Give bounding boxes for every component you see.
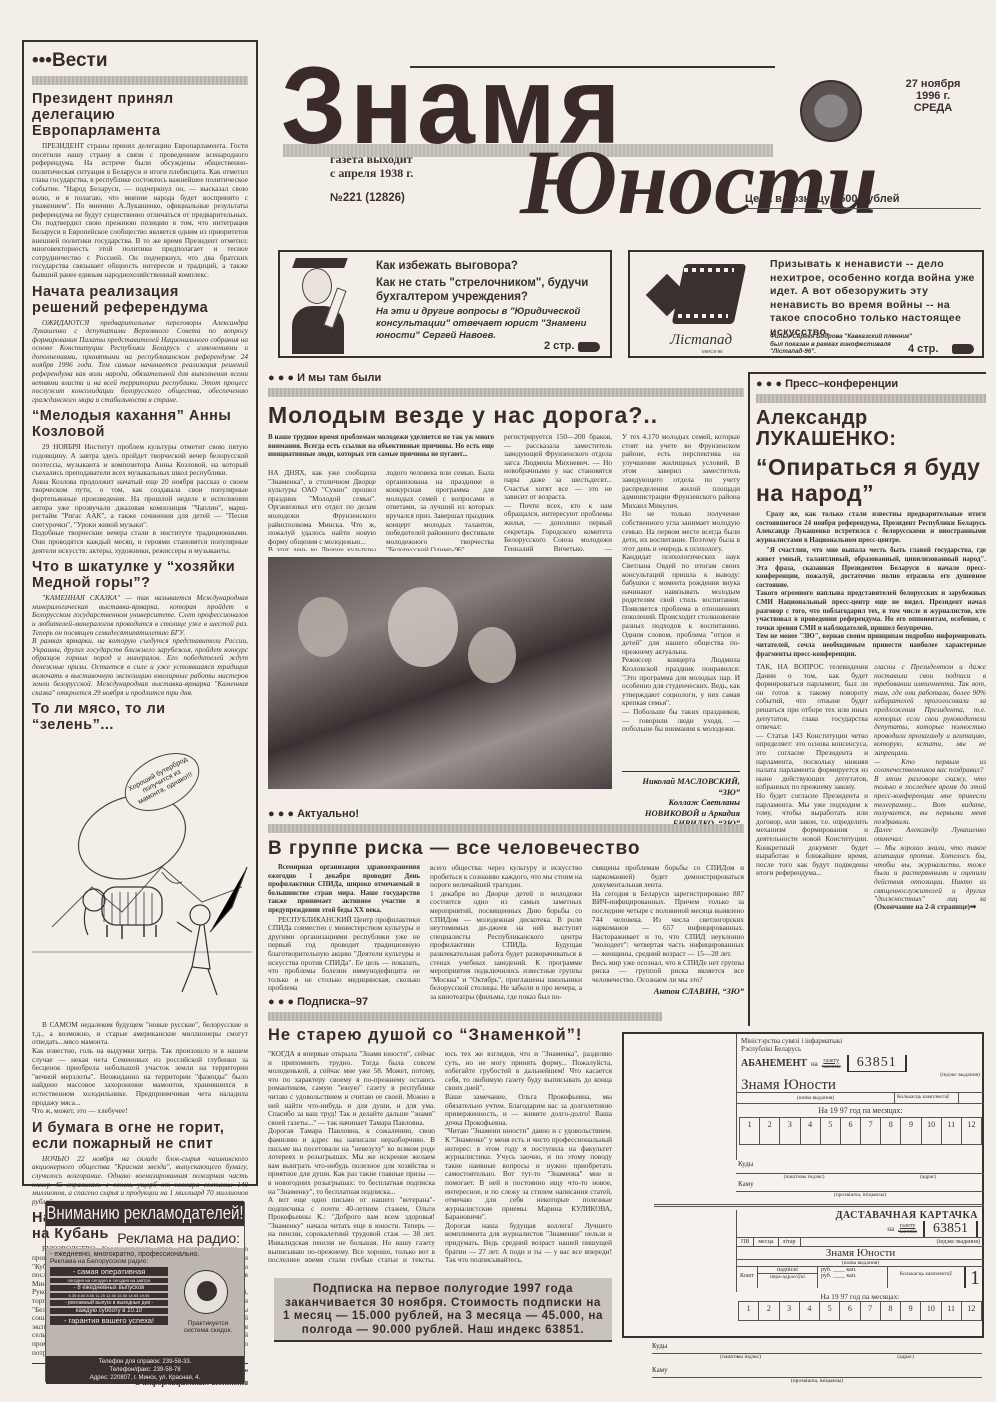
section-label-press: ● ● ● Пресс–конференции [756,378,986,390]
article-title: И бумага в огне не горит, если пожарный … [32,1120,248,1152]
index-caption: (індэкс выдання) [933,1238,984,1246]
article-title: То ли мясо, то ли “зелень”... [32,701,248,733]
abonement-address: Куды (паштовы індэкс)(адрас) Каму (прозв… [736,1160,984,1198]
section-divider [756,394,986,403]
issue-date: 27 ноября 1996 г. СРЕДА [893,78,973,114]
delivery-card-title: ДАСТАВАЧНАЯ КАРТАЧКА [737,1210,984,1221]
issue-number: №221 (12826) [330,192,405,204]
month-cell[interactable]: 11 [942,1302,962,1320]
article-body: В САМОМ недалеком будущем "новые русские… [32,1021,248,1116]
kicker-text: Актуально! [297,808,359,820]
month-cell[interactable]: 10 [921,1302,941,1320]
section-label-subscription: ● ● ● Подписка–97 [268,996,984,1008]
form-na: на [887,1225,894,1233]
month-cell[interactable]: 9 [901,1118,921,1144]
page-ref-2[interactable]: 2 стр. [544,340,574,352]
subscription-col-1: "КОГДА я впервые открыла "Знамя юности",… [268,1050,435,1262]
aids-col-2: всего общества: через культуру и искусст… [430,864,582,1002]
aids-col-1: РЕСПУБЛИКАНСКИЙ Центр профилактики СПИДа… [268,916,420,994]
radio-ad-bar: каждую субботу в 10.10 [50,1308,168,1314]
promo-legal-consult[interactable]: Как избежать выговора? Как не стать "стр… [278,250,612,358]
month-cell[interactable]: 1 [739,1302,759,1320]
promo-question-2: Как не стать "стрелочником", будучи бухг… [376,276,606,304]
date-day-month: 27 ноября [893,78,973,90]
feature-lead: В наше трудное время проблемам молодежи … [268,433,494,459]
month-cell[interactable]: 2 [759,1302,779,1320]
feature-col-1: НА ДНЯХ, как уже сообщила "Знаменка", в … [268,469,376,551]
page-ref-4[interactable]: 4 стр. [908,343,938,355]
litar-cell[interactable]: літар [779,1238,801,1246]
month-cell[interactable]: 5 [821,1118,841,1144]
listapad-logo-sub: МІНСК-96 [702,349,723,354]
paper-name-field[interactable]: Знамя Юности [737,1078,984,1093]
month-cell[interactable]: 12 [962,1302,981,1320]
quantity-value[interactable]: 1 [964,1267,984,1288]
radio-ad-contacts: Телефон для справок: 239-58-33. Телефон/… [46,1356,244,1384]
press-col-1: ТАК, НА ВОПРОС телевидения Дании о том, … [756,663,868,917]
surname-caption: (прозвішча, ініцыялы) [736,1192,984,1198]
pointing-hand-icon [578,342,600,352]
press-conference-article: ● ● ● Пресс–конференции Александр ЛУКАШЕ… [748,372,986,1026]
feature-title: Молодым везде у нас дорога?.. [268,402,744,429]
listapad-logo-icon [648,260,748,330]
kamu-label: Каму [652,1366,668,1374]
form-chasopis: часопіс [898,1229,917,1235]
radio-ad-bar: - самая оперативная [50,1267,168,1276]
radio-ad: Вниманию рекламодателей! Реклама на ради… [45,1202,245,1382]
readdress-rub-kap[interactable]: руб. ____ кап. [821,1273,887,1279]
press-body: "Я счастлив, что мне выпала честь быть г… [756,547,986,659]
section-divider [268,1012,662,1021]
quantity-label: Колькасць камплектаў [888,1267,964,1288]
contact-line: Телефон для справок: 239-58-33. [46,1358,244,1366]
radio-ad-bar: - рекламный выпуск в выходные дни - [50,1300,168,1306]
month-cell[interactable]: 11 [942,1118,962,1144]
article-kozlova: “Мелодыя кахання” Анны Козловой 29 НОЯБР… [32,408,248,555]
promo-question-1: Как избежать выговора? [376,260,518,272]
news-briefs-box: •••Вести Президент принял делегацию Евро… [22,40,258,1186]
month-cell[interactable]: 12 [962,1118,981,1144]
quantity-label: Колькасць камплектаў [894,1093,958,1103]
article-president-delegation: Президент принял делегацию Европарламент… [32,91,248,280]
masthead-subtitle: Юности [520,136,878,228]
press-title-quote: “Опираться я буду на народ” [756,454,986,506]
article-title: Президент принял делегацию Европарламент… [32,91,248,139]
month-cell[interactable]: 5 [820,1302,840,1320]
article-body: "КАМЕННАЯ СКАЗКА" — так называется Между… [32,594,248,697]
rub-label: руб. [821,1273,831,1279]
month-cell[interactable]: 8 [881,1118,901,1144]
contact-line: Адрес: 220807, г. Минск, ул. Красная, 4. [46,1374,244,1382]
contact-line: Телефон/факс: 239-58-78 [46,1366,244,1374]
kamu-label: Каму [738,1180,754,1188]
delivery-months-grid[interactable]: 1 2 3 4 5 6 7 8 9 10 11 12 [738,1301,982,1321]
aids-lead: Всемирная организация здравоохранения еж… [268,864,420,916]
kicker-text: Подписка–97 [297,996,368,1008]
radio-ad-bar: сегодня на сегодня и сегодня на завтра [50,1278,168,1283]
graduate-illustration-icon [286,258,350,354]
mammoth-cartoon: Хороший бутерброд получится из мамонта, … [32,737,248,1017]
feature-col-3: регистрируется 150—200 браков, — рассказ… [504,433,612,551]
delivery-months: На 19 97 год па месяцах: 1 2 3 4 5 6 7 8… [736,1292,984,1321]
abonement-section: Міністэрства сувязі і інфарматыкі Рэспуб… [736,1034,984,1160]
month-cell[interactable]: 8 [881,1302,901,1320]
form-na: на [811,1060,818,1068]
article-body: ПРЕЗИДЕНТ страны принял делегацию Европа… [32,142,248,280]
section-label-vesti: •••Вести [32,50,248,72]
kudy-label: Куды [652,1342,667,1350]
article-body: 29 НОЯБРЯ Институт проблем культуры отме… [32,443,248,555]
readdress-label: пера-адрасоўкі [758,1274,817,1280]
cut-line [654,1204,984,1207]
delivery-index-field[interactable]: 63851 [923,1221,978,1237]
kudy-label: Куды [738,1160,753,1168]
form-gazetu: газету [822,1058,841,1064]
quantity-field[interactable] [958,1093,984,1103]
radio-ad-bar: - гарантия вашего успеха! [50,1316,168,1325]
index-field[interactable]: 63851 [847,1055,907,1072]
promo-film-text: Призывать к ненависти -- дело нехитрое, … [770,258,976,339]
radio-ad-discount: Практикуется система скидок. [178,1320,238,1334]
month-cell[interactable]: 4 [801,1118,821,1144]
section-label-actual: ● ● ● Актуально! [268,808,744,820]
month-cell[interactable]: 2 [760,1118,780,1144]
month-cell[interactable]: 7 [861,1302,881,1320]
ministry-header: Міністэрства сувязі і інфарматыкі Рэспуб… [737,1034,984,1053]
article-title: Начата реализация решений референдума [32,284,248,316]
masthead-bottom-rule [745,208,981,209]
radio-ad-subhead: Реклама на радио: [46,1224,244,1248]
year-line: На 19 97 год па месяцах: [737,1104,984,1117]
name-caption: (назва выдання) [737,1093,894,1103]
subscription-form[interactable]: Міністэрства сувязі і інфарматыкі Рэспуб… [622,1032,984,1338]
article-title: Что в шкатулке у “хозяйки Медной горы”? [32,559,248,591]
months-grid[interactable]: 1 2 3 4 5 6 7 8 9 10 11 12 [739,1117,982,1145]
listapad-logo-text: Лістапад [670,332,732,349]
delivery-address: Куды (паштовы індэкс)(адрас) Каму (прозв… [652,1342,982,1384]
aids-col-3: священы проблемам борьбы со СПИДом и нар… [592,864,744,982]
aids-article: ● ● ● Актуально! В группе риска — все че… [268,808,744,992]
aids-byline: Антон СЛАВИН, “ЗЮ” [592,986,744,996]
cost-label: Кошт [737,1267,758,1288]
continued-link[interactable]: (Окончание на 2-й странице)➡ [874,903,986,912]
address-caption: (адрас) [897,1354,914,1360]
subscription-col-2: юсь тех же взглядов, что и "Знаменка", р… [445,1050,612,1262]
postal-caption: (паштовы індэкс) [720,1354,761,1360]
section-label-we-were-there: ● ● ● И мы там были [268,372,744,384]
press-col-2: гласны с Президентом и даже поставили св… [874,663,986,903]
article-mineral-fair: Что в шкатулке у “хозяйки Медной горы”? … [32,559,248,697]
promo-film-note: Фильм Сергея Бодрова "Кавказский пленник… [770,333,920,356]
section-divider [32,76,248,85]
section-divider [268,388,744,397]
kicker-text: Пресс–конференции [785,378,898,390]
surname-caption: (прозвішча, ініцыялы) [652,1378,982,1384]
date-weekday: СРЕДА [893,102,973,114]
mesca-cell[interactable]: месца [754,1238,778,1246]
press-title-name: Александр ЛУКАШЕНКО: [756,408,986,450]
section-divider [268,824,744,833]
year-line: На 19 97 год па месяцах: [736,1292,984,1301]
feature-col-2: лодого человека или семью. Была организо… [386,469,494,551]
article-paper-fire: И бумага в огне не горит, если пожарный … [32,1120,248,1207]
month-cell[interactable]: 6 [840,1302,860,1320]
promo-film-festival[interactable]: Лістапад МІНСК-96 Призывать к ненависти … [628,250,984,358]
delivery-card-section: ДАСТАВАЧНАЯ КАРТАЧКА на газету часопіс 6… [736,1210,984,1292]
radio-ad-bar: - 8 ежедневных выпусков [50,1285,168,1291]
postal-caption: (паштовы індэкс) [784,1174,825,1180]
month-cell[interactable]: 3 [780,1118,800,1144]
radio-ad-bar: 6.35 8.00 8.55 11.25 12.55 15.50 18.55 1… [50,1293,168,1298]
month-cell[interactable]: 10 [922,1118,942,1144]
subscription-callout: Подписка на первое полугодие 1997 года з… [274,1278,612,1342]
month-cell[interactable]: 7 [861,1118,881,1144]
delivery-paper-name[interactable]: Знамя Юности [737,1247,984,1260]
month-cell[interactable]: 9 [901,1302,921,1320]
kap-label: кап. [846,1273,856,1279]
article-body: ОЖИДАЮТСЯ предварительные переговоры Але… [32,319,248,405]
month-cell[interactable]: 1 [740,1118,760,1144]
form-chasopis: часопіс [822,1064,841,1070]
promo-answer: На эти и другие вопросы в "Юридической к… [376,306,606,342]
subscription-label: падпіскі [758,1267,817,1274]
kicker-text: И мы там были [297,372,381,384]
month-cell[interactable]: 4 [800,1302,820,1320]
radio-ad-line: - ежедневно, многократно, профессиональн… [50,1251,240,1258]
masthead-since: газета выходит с апреля 1938 г. [330,152,413,180]
article-mammoth-meat: То ли мясо, то ли “зелень”... Хороший бу… [32,701,248,1116]
feature-col-4: У тех 4.170 молодых семей, которые стоят… [622,433,740,763]
aids-title: В группе риска — все человечество [268,838,744,860]
feature-youth: ● ● ● И мы там были Молодым везде у нас … [268,372,744,802]
press-columns: ТАК, НА ВОПРОС телевидения Дании о том, … [756,663,986,917]
date-year: 1996 г. [893,90,973,102]
retail-price: Цена в розницу 1500 рублей [745,193,900,205]
address-caption: (адрас) [920,1174,937,1180]
abonement-label: АБАНЕМЕНТ [741,1058,807,1069]
masthead: Знамя Юности газета выходит с апреля 193… [275,36,990,236]
article-body: НОЧЬЮ 22 ноября на складе блок-сырья чаш… [32,1155,248,1207]
article-referendum-decisions: Начата реализация решений референдума ОЖ… [32,284,248,405]
month-cell[interactable]: 3 [780,1302,800,1320]
radio-ad-body: - ежедневно, многократно, профессиональн… [46,1248,244,1356]
radio-ad-headline: Вниманию рекламодателей! [46,1201,244,1226]
radio-ad-line: Реклама на Белорусском радио: [50,1258,240,1265]
order-medal-emblem-icon [800,80,862,142]
article-title: “Мелодыя кахання” Анны Козловой [32,408,248,440]
radio-dial-icon [184,1270,228,1314]
month-cell[interactable]: 6 [841,1118,861,1144]
press-lead: Сразу же, как только стали известны пред… [756,511,986,545]
pointing-hand-icon [952,344,974,354]
pd-cell[interactable]: ПВ [737,1238,754,1246]
collage-photo [268,557,612,789]
